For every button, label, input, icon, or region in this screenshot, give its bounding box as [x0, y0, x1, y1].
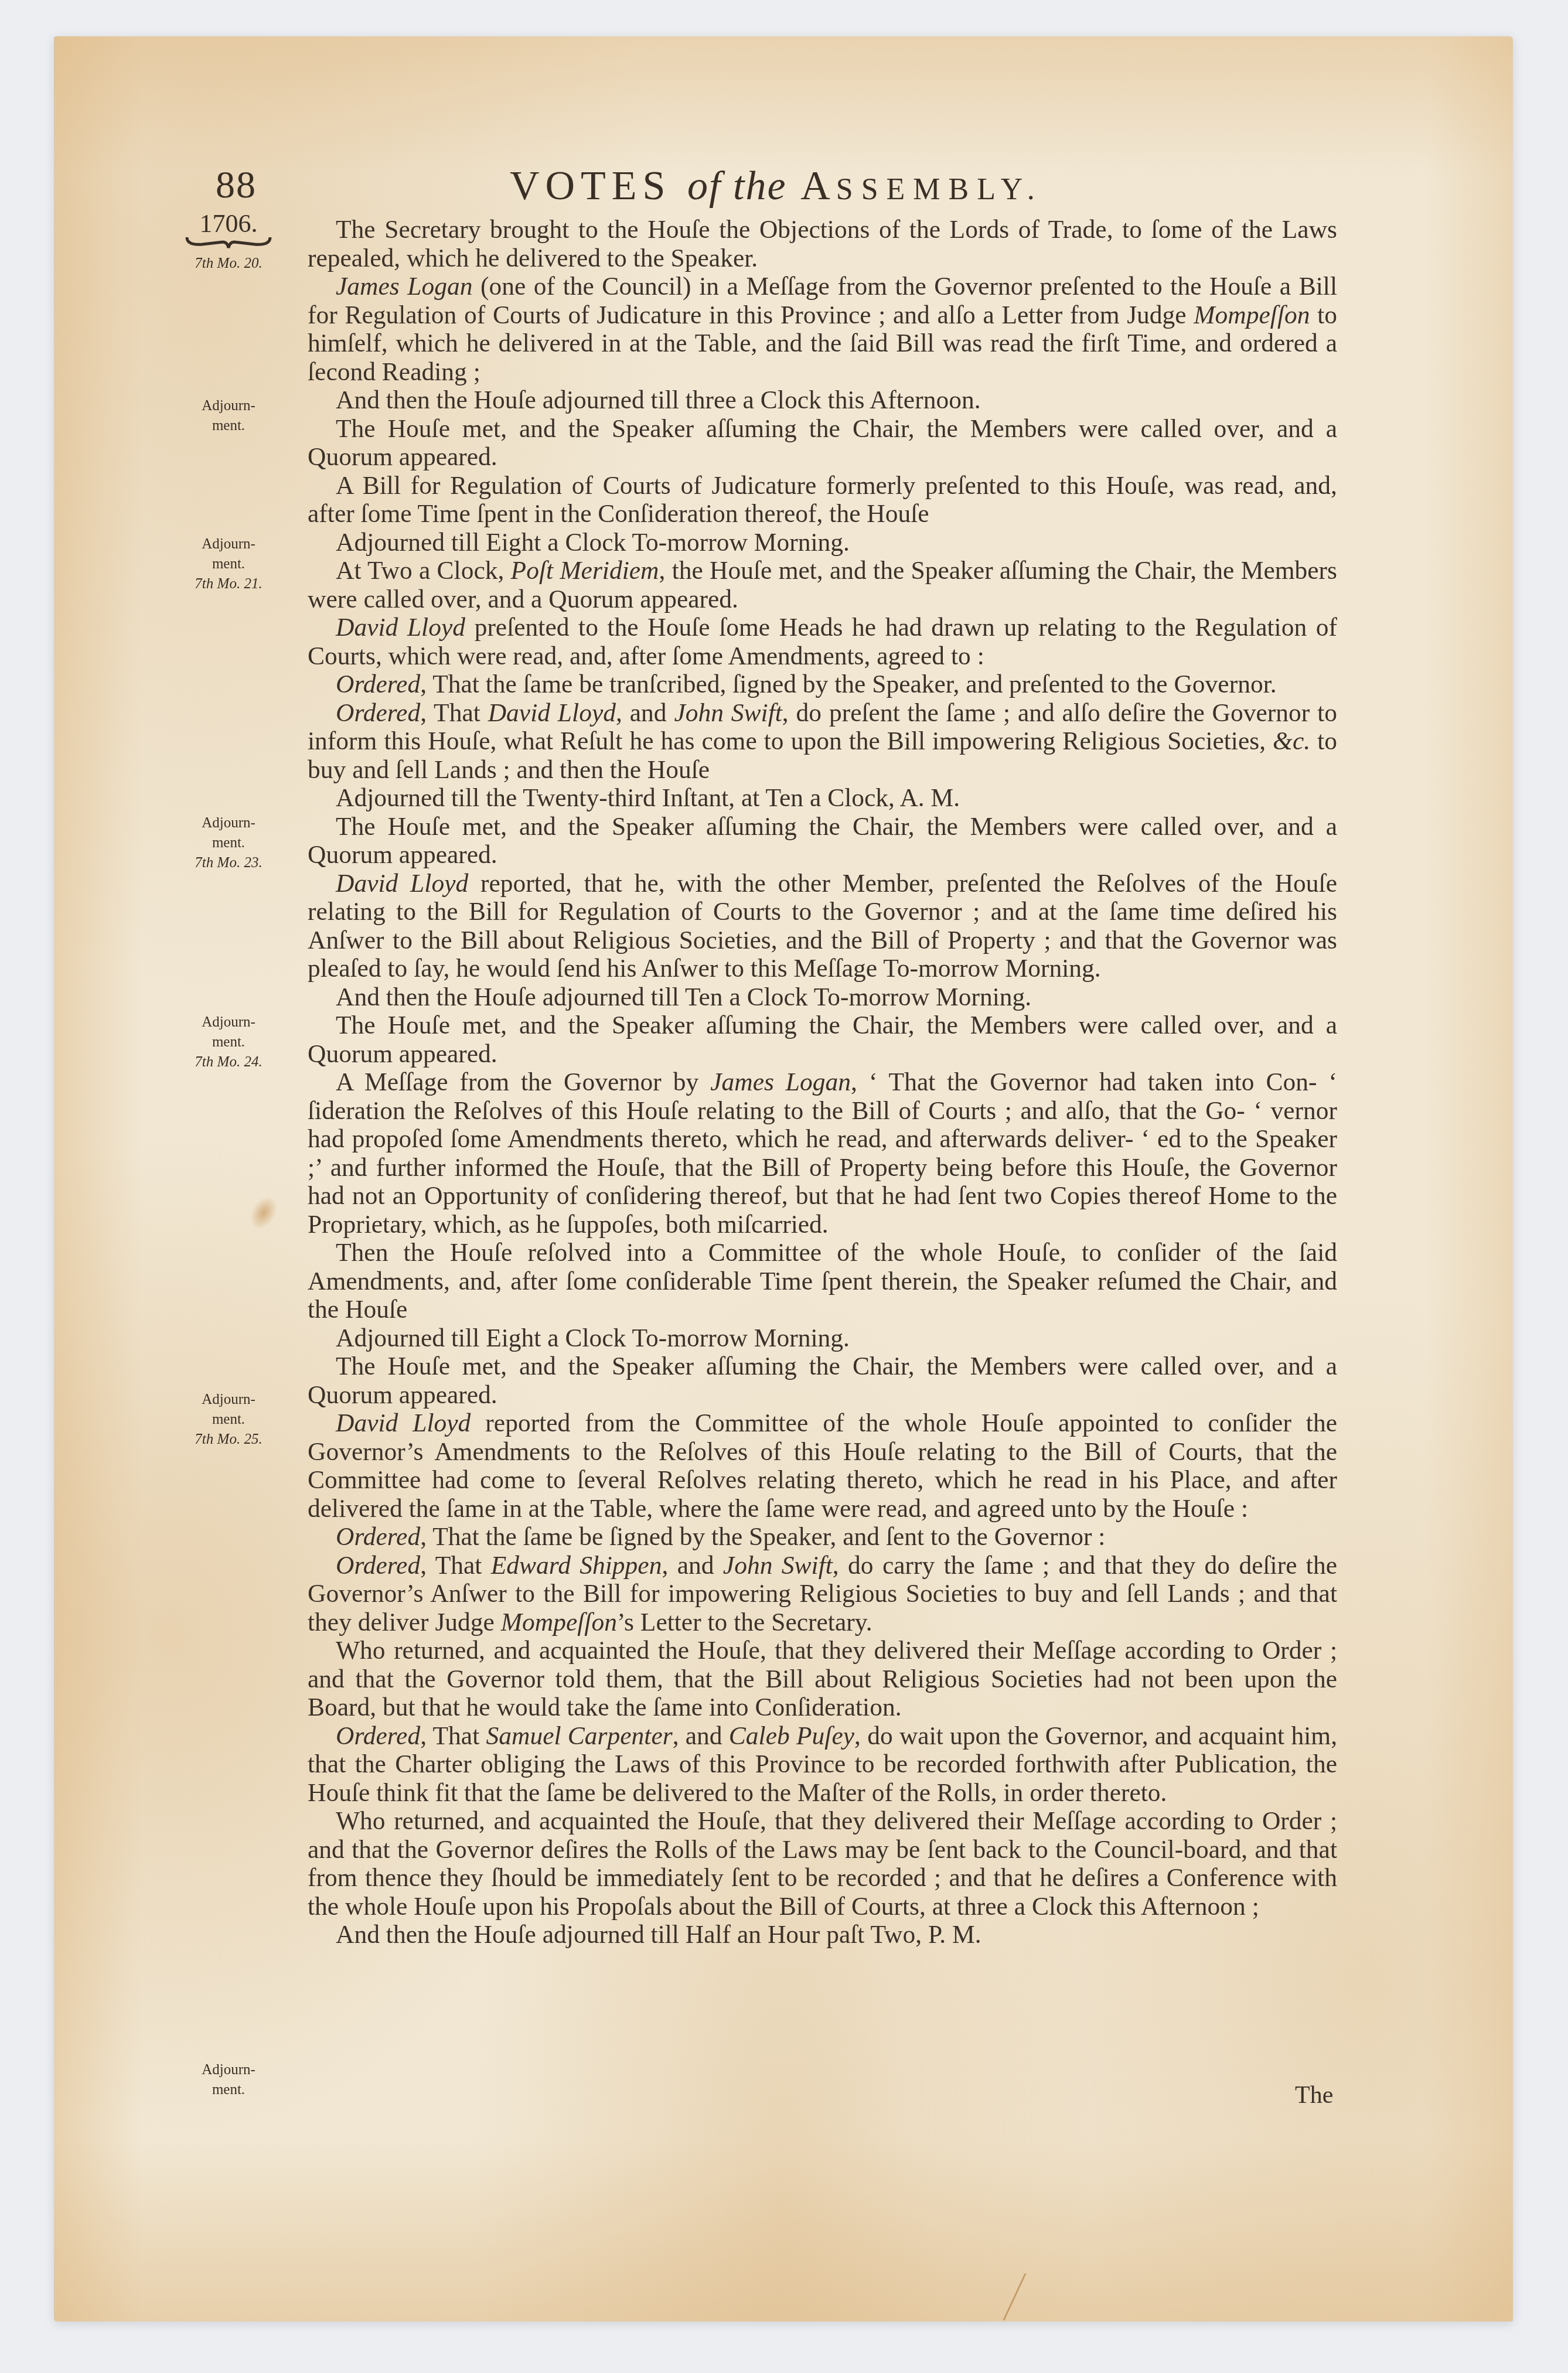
margin-adjourn-text: ment.	[176, 1410, 281, 1430]
margin-note-adjournment-6: Adjourn- ment.	[176, 2060, 281, 2100]
paragraph: The Houſe met, and the Speaker aſſuming …	[308, 1352, 1337, 1409]
paragraph: Ordered, That the ſame be tranſcribed, ſ…	[308, 670, 1337, 699]
margin-note-adjournment-1: Adjourn- ment.	[176, 396, 281, 436]
paragraph: Who returned, and acquainted the Houſe, …	[308, 1807, 1337, 1921]
paragraph: And then the Houſe adjourned till Ten a …	[308, 983, 1337, 1012]
margin-note-adjournment-5: Adjourn- ment. 7th Mo. 25.	[176, 1390, 281, 1450]
paragraph: The Houſe met, and the Speaker aſſuming …	[308, 813, 1337, 870]
text-run: ’s Letter to the Secretary.	[617, 1608, 872, 1636]
text-run: , and	[616, 699, 674, 727]
ordered-label: Ordered	[336, 699, 420, 727]
title-assembly-rest: SSEMBLY.	[836, 173, 1043, 206]
paragraph: Ordered, That the ſame be ſigned by the …	[308, 1523, 1337, 1552]
margin-adjourn-text: Adjourn-	[176, 396, 281, 416]
text-run: , That the ſame be ſigned by the Speaker…	[420, 1523, 1105, 1551]
ordered-label: Ordered	[336, 670, 420, 698]
ordered-label: Ordered	[336, 1722, 420, 1750]
margin-date-21: 7th Mo. 21.	[176, 574, 281, 594]
person-name: Samuel Carpenter	[486, 1722, 673, 1750]
margin-date-25: 7th Mo. 25.	[176, 1430, 281, 1450]
margin-adjourn-text: Adjourn-	[176, 2060, 281, 2080]
person-name: David Lloyd	[336, 1409, 471, 1437]
paragraph: The Houſe met, and the Speaker aſſuming …	[308, 415, 1337, 472]
paragraph: David Lloyd reported, that he, with the …	[308, 870, 1337, 983]
text-run: , That	[420, 1552, 491, 1580]
text-run: , and	[662, 1552, 722, 1580]
paragraph: The Secretary brought to the Houſe the O…	[308, 216, 1337, 272]
paragraph: And then the Houſe adjourned till Half a…	[308, 1921, 1337, 1949]
paragraph: Adjourned till Eight a Clock To-morrow M…	[308, 1324, 1337, 1353]
paragraph: David Lloyd reported from the Committee …	[308, 1409, 1337, 1523]
paragraph: David Lloyd preſented to the Houſe ſome …	[308, 613, 1337, 670]
paragraph: A Bill for Regulation of Courts of Judic…	[308, 472, 1337, 529]
paragraph: Adjourned till Eight a Clock To-morrow M…	[308, 529, 1337, 557]
person-name: David Lloyd	[336, 870, 468, 898]
person-name: James Logan	[336, 272, 472, 301]
paragraph: Who returned, and acquainted the Houſe, …	[308, 1636, 1337, 1722]
ordered-label: Ordered	[336, 1552, 420, 1580]
margin-date-20: 7th Mo. 20.	[176, 254, 281, 274]
person-name: David Lloyd	[488, 699, 616, 727]
person-name: Caleb Puſey	[729, 1722, 854, 1750]
paragraph: Ordered, That Edward Shippen, and John S…	[308, 1552, 1337, 1637]
person-name: Mompeſſon	[1194, 301, 1310, 329]
margin-adjourn-text: Adjourn-	[176, 1012, 281, 1032]
text-run: , and	[673, 1722, 729, 1750]
text-run: A Meſſage from the Governor by	[336, 1068, 710, 1096]
title-votes: VOTES	[510, 163, 671, 209]
year-label: 1706.	[176, 214, 281, 234]
margin-date-24: 7th Mo. 24.	[176, 1052, 281, 1072]
margin-note-adjournment-4: Adjourn- ment. 7th Mo. 24.	[176, 1012, 281, 1072]
margin-adjourn-text: Adjourn-	[176, 534, 281, 554]
margin-note-adjournment-3: Adjourn- ment. 7th Mo. 23.	[176, 813, 281, 873]
margin-adjourn-text: ment.	[176, 833, 281, 853]
brace-icon	[185, 235, 272, 249]
text-run: At Two a Clock,	[336, 557, 511, 585]
person-name: Mompeſſon	[501, 1608, 617, 1636]
margin-date-23: 7th Mo. 23.	[176, 853, 281, 873]
text-run: , That	[420, 1722, 486, 1750]
person-name: David Lloyd	[336, 613, 465, 642]
margin-note-year: 1706. 7th Mo. 20.	[176, 214, 281, 274]
person-name: Edward Shippen	[491, 1552, 662, 1580]
margin-adjourn-text: ment.	[176, 416, 281, 436]
body-text: The Secretary brought to the Houſe the O…	[308, 216, 1337, 1949]
text-run: , That the ſame be tranſcribed, ſigned b…	[420, 670, 1276, 698]
margin-adjourn-text: ment.	[176, 2080, 281, 2100]
paragraph: Ordered, That David Lloyd, and John Swif…	[308, 699, 1337, 785]
title-of-the: of the	[687, 163, 786, 209]
running-title: VOTES of the ASSEMBLY.	[510, 163, 1043, 210]
margin-adjourn-text: ment.	[176, 1032, 281, 1052]
margin-adjourn-text: Adjourn-	[176, 1390, 281, 1410]
page-number: 88	[216, 163, 257, 207]
title-assembly-initial: A	[800, 163, 836, 209]
margin-note-adjournment-2: Adjourn- ment. 7th Mo. 21.	[176, 534, 281, 594]
person-name: John Swift	[674, 699, 782, 727]
catchword: The	[1295, 2081, 1333, 2109]
text-run: , That	[420, 699, 488, 727]
paragraph: And then the Houſe adjourned till three …	[308, 386, 1337, 415]
paragraph: Ordered, That Samuel Carpenter, and Cale…	[308, 1722, 1337, 1808]
person-name: James Logan	[710, 1068, 851, 1096]
margin-adjourn-text: Adjourn-	[176, 813, 281, 833]
paragraph: James Logan (one of the Council) in a Me…	[308, 272, 1337, 386]
paragraph: At Two a Clock, Poſt Meridiem, the Houſe…	[308, 557, 1337, 613]
paragraph: Adjourned till the Twenty-third Inſtant,…	[308, 784, 1337, 813]
margin-adjourn-text: ment.	[176, 554, 281, 574]
paragraph: The Houſe met, and the Speaker aſſuming …	[308, 1011, 1337, 1068]
paragraph: A Meſſage from the Governor by James Log…	[308, 1068, 1337, 1239]
ordered-label: Ordered	[336, 1523, 420, 1551]
etc-abbrev: &c.	[1273, 727, 1310, 755]
latin-phrase: Poſt Meridiem	[511, 557, 659, 585]
person-name: John Swift	[723, 1552, 833, 1580]
paragraph: Then the Houſe reſolved into a Committee…	[308, 1239, 1337, 1324]
